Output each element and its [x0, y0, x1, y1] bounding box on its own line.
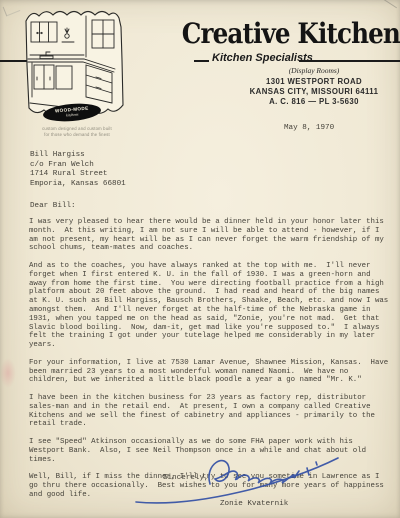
illustration-caption: custom designed and custom built for tho… [22, 126, 132, 138]
scan-corner-mark-left [3, 2, 21, 17]
recipient-address-block: Bill Hargiss c/o Fran Welch 1714 Rural S… [30, 151, 126, 189]
paragraph-4: I have been in the kitchen business for … [29, 394, 391, 429]
scan-corner-mark-right [383, 0, 397, 8]
letter-date: May 8, 1970 [284, 124, 334, 132]
company-tagline: Kitchen Specialists [212, 52, 313, 64]
address-street: 1301 WESTPORT ROAD [230, 77, 398, 87]
salutation: Dear Bill: [30, 202, 76, 210]
recipient-city: Emporia, Kansas 66801 [30, 180, 126, 190]
recipient-street: 1714 Rural Street [30, 170, 126, 180]
paragraph-1: I was very pleased to hear there would b… [29, 218, 391, 253]
letterhead-address-block: (Display Rooms) 1301 WESTPORT ROAD KANSA… [230, 66, 398, 107]
recipient-name: Bill Hargiss [30, 151, 126, 161]
paragraph-3: For your information, I live at 7530 Lam… [29, 359, 391, 385]
company-name: Creative Kitchens [182, 17, 384, 50]
typed-signature-name: Zonie Kvaternik [220, 500, 288, 508]
letterhead-rule-right [299, 60, 400, 62]
scan-smudge [0, 358, 16, 388]
display-rooms-label: (Display Rooms) [230, 66, 398, 75]
caption-line-2: for those who demand the finest [22, 132, 132, 138]
kitchen-illustration: WOOD-MODE kitchens custom designed and c… [22, 5, 132, 147]
address-phone: A. C. 816 — PL 3-5630 [230, 97, 398, 107]
paragraph-2: And as to the coaches, you have always r… [29, 262, 391, 350]
recipient-care-of: c/o Fran Welch [30, 161, 126, 171]
letter-page: WOOD-MODE kitchens custom designed and c… [0, 0, 400, 518]
address-city: KANSAS CITY, MISSOURI 64111 [230, 87, 398, 97]
letterhead-rule-dash [194, 60, 209, 62]
